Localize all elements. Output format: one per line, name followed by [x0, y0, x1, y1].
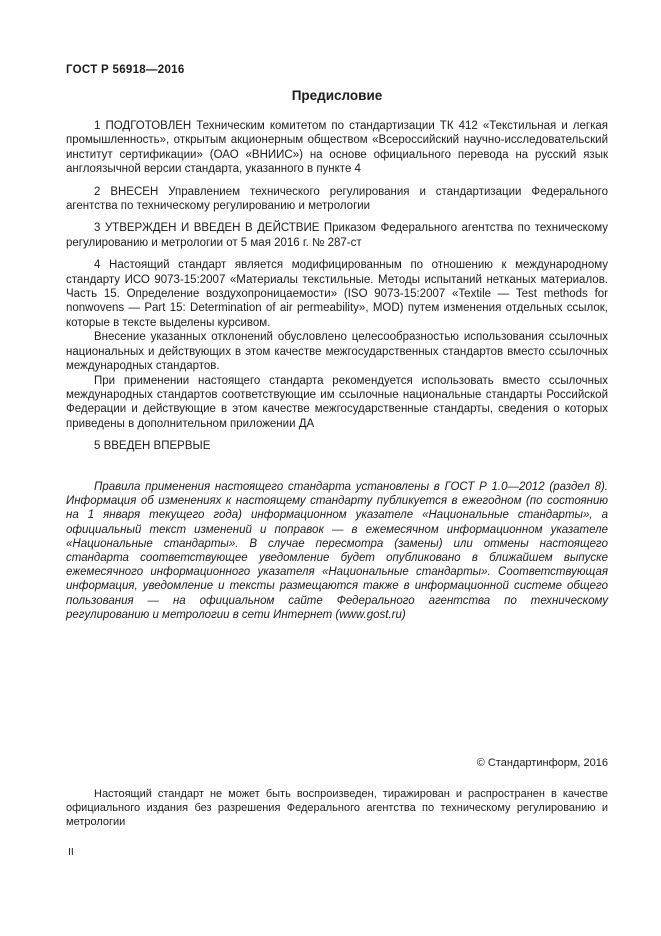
foreword-title: Предисловие — [66, 88, 608, 103]
clause-prepared: 1 ПОДГОТОВЛЕН Техническим комитетом по с… — [66, 119, 608, 177]
reproduction-note-text: Настоящий стандарт не может быть воспрои… — [66, 787, 608, 829]
clause-approved: 3 УТВЕРЖДЕН И ВВЕДЕН В ДЕЙСТВИЕ Приказом… — [66, 221, 608, 250]
doc-code-header: ГОСТ Р 56918—2016 — [66, 64, 185, 76]
copyright-line: © Стандартинформ, 2016 — [66, 757, 608, 769]
page-number: II — [68, 846, 74, 858]
document-page: ГОСТ Р 56918—2016 Предисловие 1 ПОДГОТОВ… — [0, 0, 661, 936]
clause-first-introduced: 5 ВВЕДЕН ВПЕРВЫЕ — [66, 439, 608, 453]
clause-modified-para-3: При применении настоящего стандарта реко… — [66, 374, 608, 432]
clause-modified-para-2: Внесение указанных отклонений обусловлен… — [66, 330, 608, 373]
clause-modified-para-1: 4 Настоящий стандарт является модифициро… — [66, 258, 608, 330]
application-rules-block: Правила применения настоящего стандарта … — [66, 480, 608, 622]
clause-submitted: 2 ВНЕСЕН Управлением технического регули… — [66, 185, 608, 214]
foreword-body: 1 ПОДГОТОВЛЕН Техническим комитетом по с… — [66, 119, 608, 454]
application-rules-text: Правила применения настоящего стандарта … — [66, 480, 608, 622]
reproduction-note-block: Настоящий стандарт не может быть воспрои… — [66, 787, 608, 829]
